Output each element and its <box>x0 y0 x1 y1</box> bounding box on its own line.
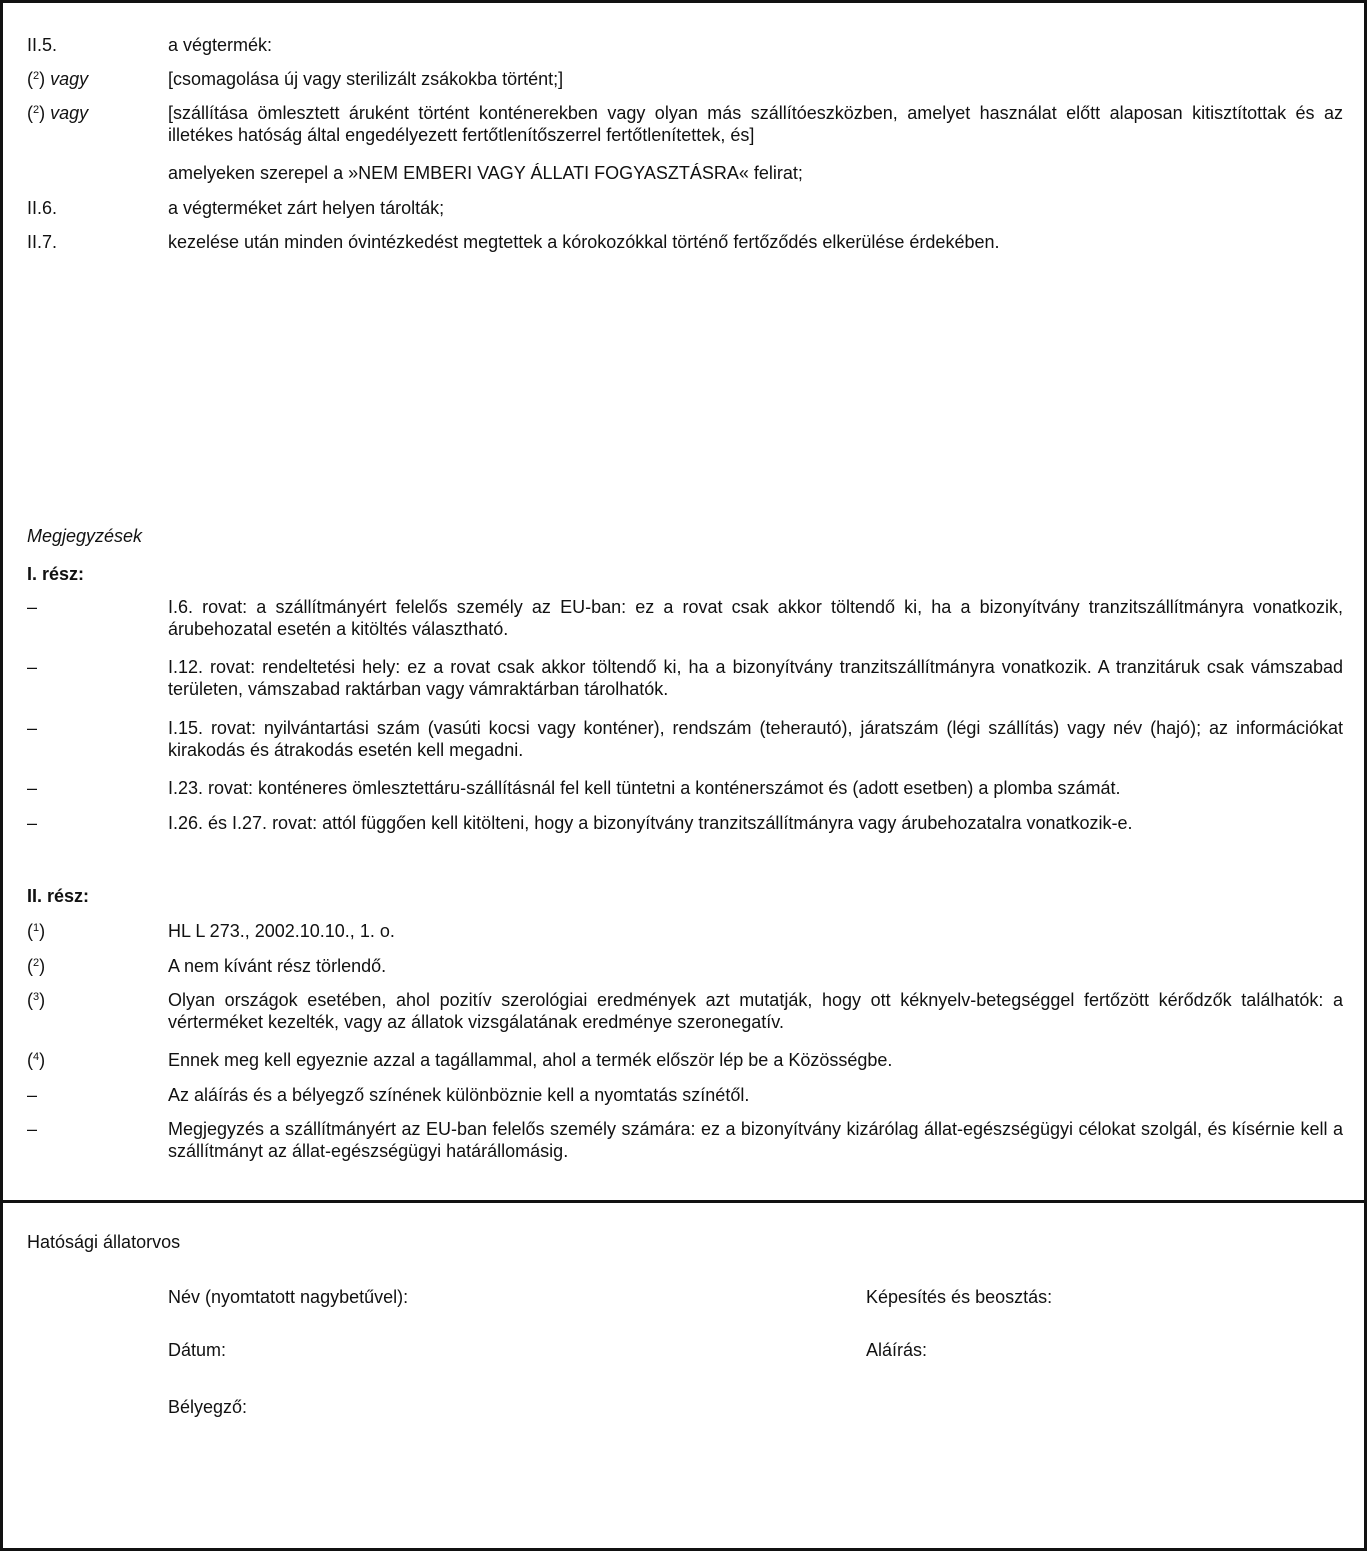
item-text: a végtermék: <box>168 34 1343 56</box>
item-label: II.5. <box>27 34 168 56</box>
footnote-4: (4) Ennek meg kell egyeznie azzal a tagá… <box>27 1049 1343 1071</box>
item-label: (2) vagy <box>27 102 168 146</box>
notes-title: Megjegyzések <box>27 525 142 547</box>
signature-field-label[interactable]: Aláírás: <box>866 1339 927 1361</box>
note-item: – I.26. és I.27. rovat: attól függően ke… <box>27 812 1343 834</box>
item-ii-6: II.6. a végterméket zárt helyen tárolták… <box>27 197 1343 219</box>
part2-heading: II. rész: <box>27 885 89 907</box>
date-field-label[interactable]: Dátum: <box>168 1339 226 1361</box>
qualification-field-label[interactable]: Képesítés és beosztás: <box>866 1286 1052 1308</box>
item-label: II.6. <box>27 197 168 219</box>
item-label <box>27 162 168 184</box>
footnote-2: (2) A nem kívánt rész törlendő. <box>27 955 1343 977</box>
footnote-1: (1) HL L 273., 2002.10.10., 1. o. <box>27 920 1343 942</box>
section-divider <box>0 1200 1367 1203</box>
item-text: [szállítása ömlesztett áruként történt k… <box>168 102 1343 146</box>
note-item: – I.15. rovat: nyilvántartási szám (vasú… <box>27 717 1343 761</box>
official-vet-title: Hatósági állatorvos <box>27 1231 180 1253</box>
note-item: – I.23. rovat: konténeres ömlesztettáru-… <box>27 777 1343 799</box>
note-item: – Megjegyzés a szállítmányért az EU-ban … <box>27 1118 1343 1162</box>
note-item: – Az aláírás és a bélyegző színének külö… <box>27 1084 1343 1106</box>
item-text: amelyeken szerepel a »NEM EMBERI VAGY ÁL… <box>168 162 1343 184</box>
part1-heading: I. rész: <box>27 563 84 585</box>
item-label: (2) vagy <box>27 68 168 90</box>
item-text: [csomagolása új vagy sterilizált zsákokb… <box>168 68 1343 90</box>
note-item: – I.12. rovat: rendeltetési hely: ez a r… <box>27 656 1343 700</box>
stamp-field-label[interactable]: Bélyegző: <box>168 1396 247 1418</box>
item-label-text: amelyeken szerepel a »NEM EMBERI VAGY ÁL… <box>27 162 1343 184</box>
item-ii-7: II.7. kezelése után minden óvintézkedést… <box>27 231 1343 253</box>
item-label: II.7. <box>27 231 168 253</box>
item-option-bulk: (2) vagy [szállítása ömlesztett áruként … <box>27 102 1343 146</box>
item-option-bags: (2) vagy [csomagolása új vagy sterilizál… <box>27 68 1343 90</box>
note-item: – I.6. rovat: a szállítmányért felelős s… <box>27 596 1343 640</box>
item-text: kezelése után minden óvintézkedést megte… <box>168 231 1343 253</box>
footnote-3: (3) Olyan országok esetében, ahol pozití… <box>27 989 1343 1033</box>
item-ii-5: II.5. a végtermék: <box>27 34 1343 56</box>
name-field-label[interactable]: Név (nyomtatott nagybetűvel): <box>168 1286 408 1308</box>
item-text: a végterméket zárt helyen tárolták; <box>168 197 1343 219</box>
